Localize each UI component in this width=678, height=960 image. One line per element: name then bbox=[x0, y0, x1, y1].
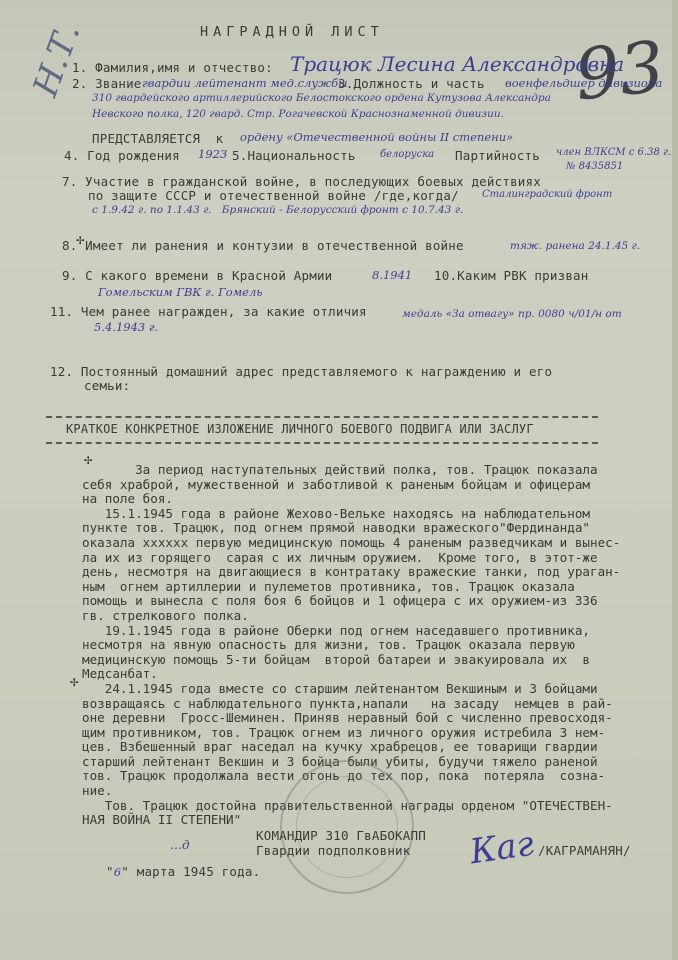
narrative-line: гв. стрелкового полка. bbox=[82, 609, 662, 624]
field-combat-value-1: Сталинградский фронт bbox=[482, 189, 612, 200]
narrative-line: За период наступательных действий полка,… bbox=[82, 463, 662, 478]
commander-title: КОМАНДИР 310 ГвАБОКАПП bbox=[256, 828, 426, 843]
field-prev-awards-label: 11. Чем ранее награжден, за какие отличи… bbox=[50, 304, 367, 319]
narrative-line: пункте тов. Трацюк, под огнем прямой нав… bbox=[82, 521, 662, 536]
narrative-line: оне деревни Гросс-Шеминен. Приняв неравн… bbox=[82, 711, 662, 726]
narrative-line: на поле боя. bbox=[82, 492, 662, 507]
field-nationality-value: белоруска bbox=[380, 149, 434, 160]
narrative-line: помощь и вынесла с поля боя 6 бойцов и 1… bbox=[82, 594, 662, 609]
field-position-value: военфельдшер дивизиона bbox=[505, 76, 662, 90]
divider-bottom bbox=[46, 442, 598, 444]
field-combat-label-1: 7. Участие в гражданской войне, в послед… bbox=[62, 174, 541, 189]
field-nationality-label: 5.Национальность bbox=[232, 148, 356, 163]
date-line: "6" марта 1945 года. bbox=[106, 864, 260, 879]
field-birth-year-value: 1923 bbox=[198, 147, 227, 161]
unit-line-2: Невского полка, 120 гвард. Стр. Рогачевс… bbox=[92, 108, 504, 120]
date-rest: марта 1945 года. bbox=[129, 864, 260, 879]
field-draft-office-value: Гомельским ГВК г. Гомель bbox=[98, 285, 263, 299]
narrative-line: себя храброй, мужественной и заботливой … bbox=[82, 478, 662, 493]
cross-mark-icon: ✢ bbox=[70, 674, 78, 690]
narrative-line: 24.1.1945 года вместе со старшим лейтена… bbox=[82, 682, 662, 697]
field-position-label: 3.Должность и часть bbox=[338, 76, 485, 91]
field-rank-value: гвардии лейтенант мед.службы bbox=[142, 76, 347, 90]
field-party-card-number: № 8435851 bbox=[566, 161, 623, 172]
narrative-line: щим противником, тов. Трацюк огнем из ли… bbox=[82, 726, 662, 741]
field-address-label-2: семьи: bbox=[84, 378, 130, 393]
initials-mark: …д bbox=[170, 838, 190, 852]
section-heading: КРАТКОЕ КОНКРЕТНОЕ ИЗЛОЖЕНИЕ ЛИЧНОГО БОЕ… bbox=[66, 422, 534, 436]
narrative-line: цев. Взбешенный враг наседал на кучку хр… bbox=[82, 740, 662, 755]
award-sheet-paper: НАГРАДНОЙ ЛИСТ Н.Т. 93 1. Фамилия,имя и … bbox=[0, 0, 678, 960]
field-birth-year-label: 4. Год рождения bbox=[64, 148, 180, 163]
narrative-line: оказала хххххх первую медицинскую помощь… bbox=[82, 536, 662, 551]
field-party-label: Партийность bbox=[455, 148, 540, 163]
field-draft-office-label: 10.Каким РВК призван bbox=[434, 268, 589, 283]
field-prev-awards-value-1: медаль «За отвагу» пр. 0080 ч/01/н от bbox=[402, 308, 622, 320]
narrative-line: ла их из горящего сарая с их личным оруж… bbox=[82, 551, 662, 566]
field-army-since-label: 9. С какого времени в Красной Армии bbox=[62, 268, 332, 283]
commander-rank: Гвардии подполковник bbox=[256, 843, 411, 858]
field-name-label: 1. Фамилия,имя и отчество: bbox=[72, 60, 273, 75]
unit-line-1: 310 гвардейского артиллерийского Белосто… bbox=[92, 92, 551, 104]
document-title: НАГРАДНОЙ ЛИСТ bbox=[200, 24, 384, 40]
field-wounds-label: 8. Имеет ли ранения и контузии в отечест… bbox=[62, 238, 464, 253]
narrative-line: Медсанбат. bbox=[82, 667, 662, 682]
field-combat-value-2: с 1.9.42 г. по 1.1.43 г. Брянский - Бело… bbox=[92, 204, 463, 216]
field-party-value: член ВЛКСМ с 6.38 г. bbox=[556, 147, 671, 158]
narrative-line: медицинскую помощь 5-ти бойцам второй ба… bbox=[82, 653, 662, 668]
commander-signature: Каг bbox=[468, 824, 537, 872]
narrative-line: ным огнем артиллерии и пулеметов противн… bbox=[82, 580, 662, 595]
narrative-line: несмотря на явную опасность для жизни, т… bbox=[82, 638, 662, 653]
field-name-value: Трацюк Лесина Александровна bbox=[290, 52, 624, 76]
paper-edge bbox=[672, 0, 678, 960]
date-day: 6 bbox=[114, 865, 122, 879]
nominated-label: ПРЕДСТАВЛЯЕТСЯ к bbox=[92, 131, 223, 146]
field-army-since-value: 8.1941 bbox=[372, 268, 412, 282]
narrative-line: 19.1.1945 года в районе Оберки под огнем… bbox=[82, 624, 662, 639]
narrative-line: возвращаясь с наблюдательного пункта,нап… bbox=[82, 697, 662, 712]
narrative-line: 15.1.1945 года в районе Жехово-Вельке на… bbox=[82, 507, 662, 522]
commander-name: /КАГРАМАНЯН/ bbox=[538, 843, 631, 858]
field-wounds-value: тяж. ранена 24.1.45 г. bbox=[510, 240, 640, 252]
field-rank-label: 2. Звание bbox=[72, 76, 142, 91]
narrative-line: день, несмотря на двигающиеся в контрата… bbox=[82, 565, 662, 580]
divider-top bbox=[46, 416, 598, 418]
field-prev-awards-value-2: 5.4.1943 г. bbox=[94, 320, 158, 334]
nominated-value: ордену «Отечественной войны II степени» bbox=[240, 130, 513, 144]
official-stamp bbox=[280, 760, 414, 894]
field-combat-label-2: по защите СССР и отечественной войне /гд… bbox=[88, 188, 459, 203]
field-address-label-1: 12. Постоянный домашний адрес представля… bbox=[50, 364, 552, 379]
